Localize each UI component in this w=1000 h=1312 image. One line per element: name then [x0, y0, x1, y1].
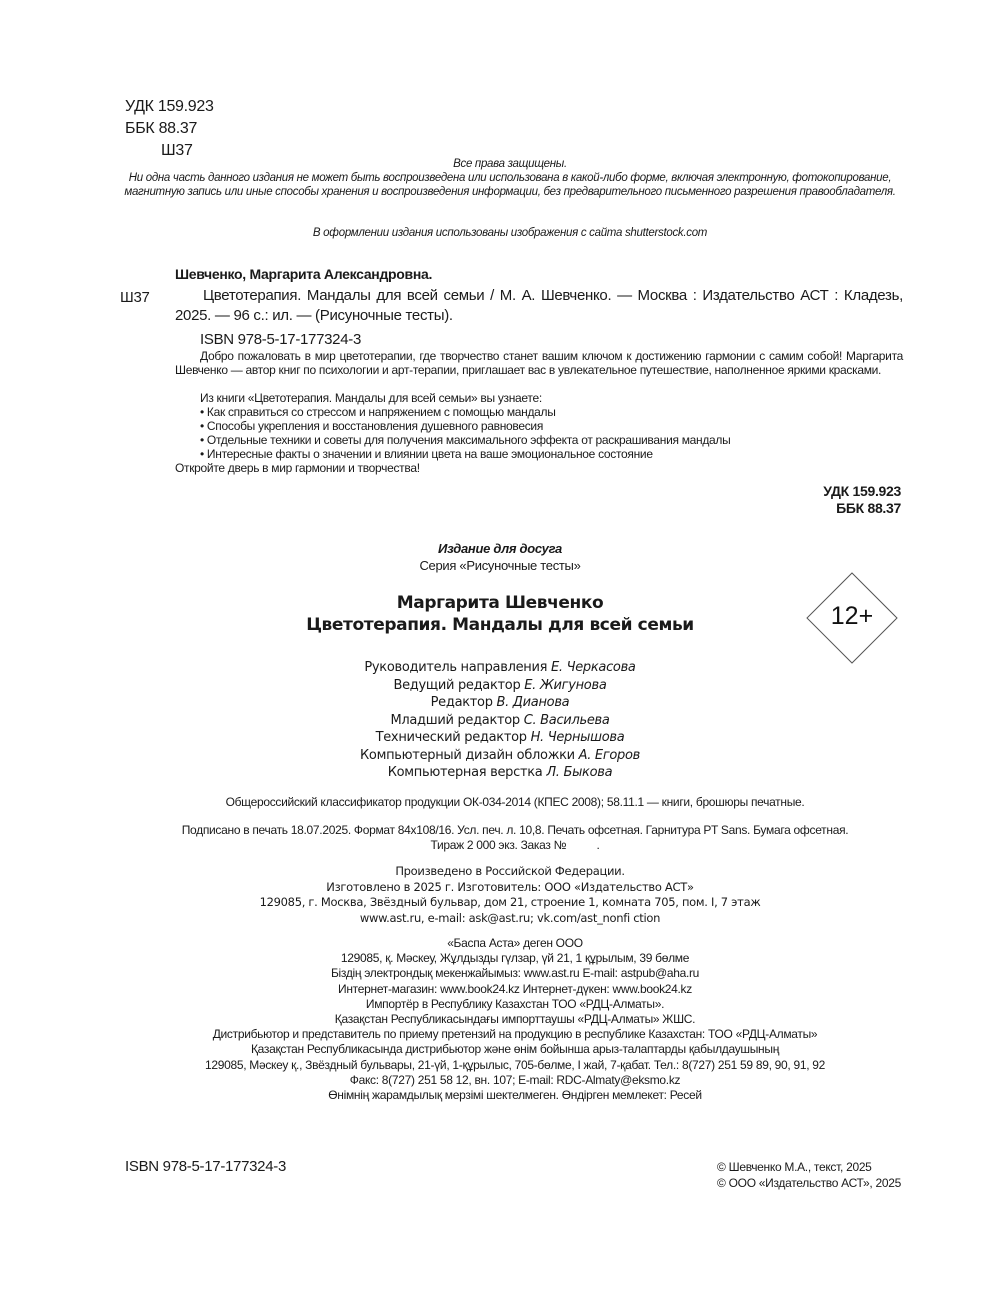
learn-item: • Как справиться со стрессом и напряжени… — [200, 405, 730, 419]
kz-line: Өнімнің жарамдылық мерзімі шектелмеген. … — [120, 1088, 910, 1103]
kz-line: Қазақстан Республикасында дистрибьютор ж… — [120, 1042, 910, 1057]
catalog-author: Шевченко, Маргарита Александровна. — [175, 266, 432, 282]
made-line: 129085, г. Москва, Звёздный бульвар, дом… — [200, 895, 820, 911]
catalog-code: Ш37 — [120, 289, 150, 306]
staff-row: Технический редактор Н. Чернышова — [300, 729, 700, 747]
made-line: www.ast.ru, e-mail: ask@ast.ru; vk.com/a… — [200, 911, 820, 927]
print-info: Подписано в печать 18.07.2025. Формат 84… — [120, 823, 910, 853]
rights-notice: Все права защищены. Ни одна часть данног… — [120, 157, 900, 199]
bbk-code: ББК 88.37 — [823, 500, 901, 517]
footer-isbn: ISBN 978-5-17-177324-3 — [125, 1158, 286, 1175]
udk-code: УДК 159.923 — [125, 96, 214, 118]
product-classifier: Общероссийский классификатор продукции О… — [120, 795, 910, 809]
age-rating: 12+ — [806, 602, 898, 631]
series-name: Серия «Рисуночные тесты» — [300, 557, 700, 574]
copyright-line: © Шевченко М.А., текст, 2025 — [717, 1159, 901, 1175]
staff-row: Компьютерный дизайн обложки А. Егоров — [300, 747, 700, 765]
edition-type: Издание для досуга — [300, 540, 700, 557]
learn-item: • Способы укрепления и восстановления ду… — [200, 419, 730, 433]
book-title-block: Маргарита Шевченко Цветотерапия. Мандалы… — [250, 592, 750, 636]
catalog-isbn: ISBN 978-5-17-177324-3 — [200, 331, 361, 348]
kz-line: «Баспа Аста» деген ООО — [120, 936, 910, 951]
udk-bbk-header: УДК 159.923 ББК 88.37 Ш37 — [125, 96, 214, 162]
copyright-line: © ООО «Издательство АСТ», 2025 — [717, 1175, 901, 1191]
staff-row: Ведущий редактор Е. Жигунова — [300, 677, 700, 695]
kz-line: Дистрибьютор и представитель по приему п… — [120, 1027, 910, 1042]
bbk-code: ББК 88.37 — [125, 118, 214, 140]
copyright: © Шевченко М.А., текст, 2025 © ООО «Изда… — [717, 1159, 901, 1191]
images-note: В оформлении издания использованы изобра… — [120, 227, 900, 239]
book-title: Цветотерапия. Мандалы для всей семьи — [250, 614, 750, 636]
learn-closing: Откройте дверь в мир гармонии и творчест… — [175, 461, 730, 475]
kz-line: Интернет-магазин: www.book24.kz Интернет… — [120, 982, 910, 997]
age-rating-badge: 12+ — [806, 572, 898, 664]
kz-line: 129085, Мәскеу қ., Звёздный бульвары, 21… — [120, 1058, 910, 1073]
annotation: Добро пожаловать в мир цветотерапии, где… — [175, 349, 903, 377]
staff-list: Руководитель направления Е. Черкасова Ве… — [300, 659, 700, 782]
learn-list: Из книги «Цветотерапия. Мандалы для всей… — [200, 391, 730, 475]
manufacturer-info: Произведено в Российской Федерации. Изго… — [200, 864, 820, 926]
kz-line: Импортёр в Республику Казахстан ТОО «РДЦ… — [120, 997, 910, 1012]
edition-info: Издание для досуга Серия «Рисуночные тес… — [300, 540, 700, 574]
staff-row: Младший редактор С. Васильева — [300, 712, 700, 730]
signed-to-print: Подписано в печать 18.07.2025. Формат 84… — [120, 823, 910, 838]
kz-line: Біздің электрондық мекенжайымыз: www.ast… — [120, 966, 910, 981]
udk-code: УДК 159.923 — [823, 483, 901, 500]
udk-bbk-right: УДК 159.923 ББК 88.37 — [823, 483, 901, 517]
rights-title: Все права защищены. — [120, 157, 900, 171]
learn-item: • Отдельные техники и советы для получен… — [200, 433, 730, 447]
learn-item: • Интересные факты о значении и влиянии … — [200, 447, 730, 461]
kz-line: 129085, қ. Мәскеу, Жұлдызды гүлзар, үй 2… — [120, 951, 910, 966]
made-line: Произведено в Российской Федерации. — [200, 864, 820, 880]
book-author: Маргарита Шевченко — [250, 592, 750, 614]
staff-row: Редактор В. Дианова — [300, 694, 700, 712]
print-run: Тираж 2 000 экз. Заказ № . — [120, 838, 910, 853]
kz-line: Қазақстан Республикасындағы импорттаушы … — [120, 1012, 910, 1027]
staff-row: Компьютерная верстка Л. Быкова — [300, 764, 700, 782]
learn-intro: Из книги «Цветотерапия. Мандалы для всей… — [200, 391, 730, 405]
made-line: Изготовлено в 2025 г. Изготовитель: ООО … — [200, 880, 820, 896]
bibliographic-record: Цветотерапия. Мандалы для всей семьи / М… — [175, 286, 903, 326]
rights-text: Ни одна часть данного издания не может б… — [120, 171, 900, 199]
kazakhstan-info: «Баспа Аста» деген ООО 129085, қ. Мәскеу… — [120, 936, 910, 1103]
kz-line: Факс: 8(727) 251 58 12, вн. 107; E-mail:… — [120, 1073, 910, 1088]
staff-row: Руководитель направления Е. Черкасова — [300, 659, 700, 677]
